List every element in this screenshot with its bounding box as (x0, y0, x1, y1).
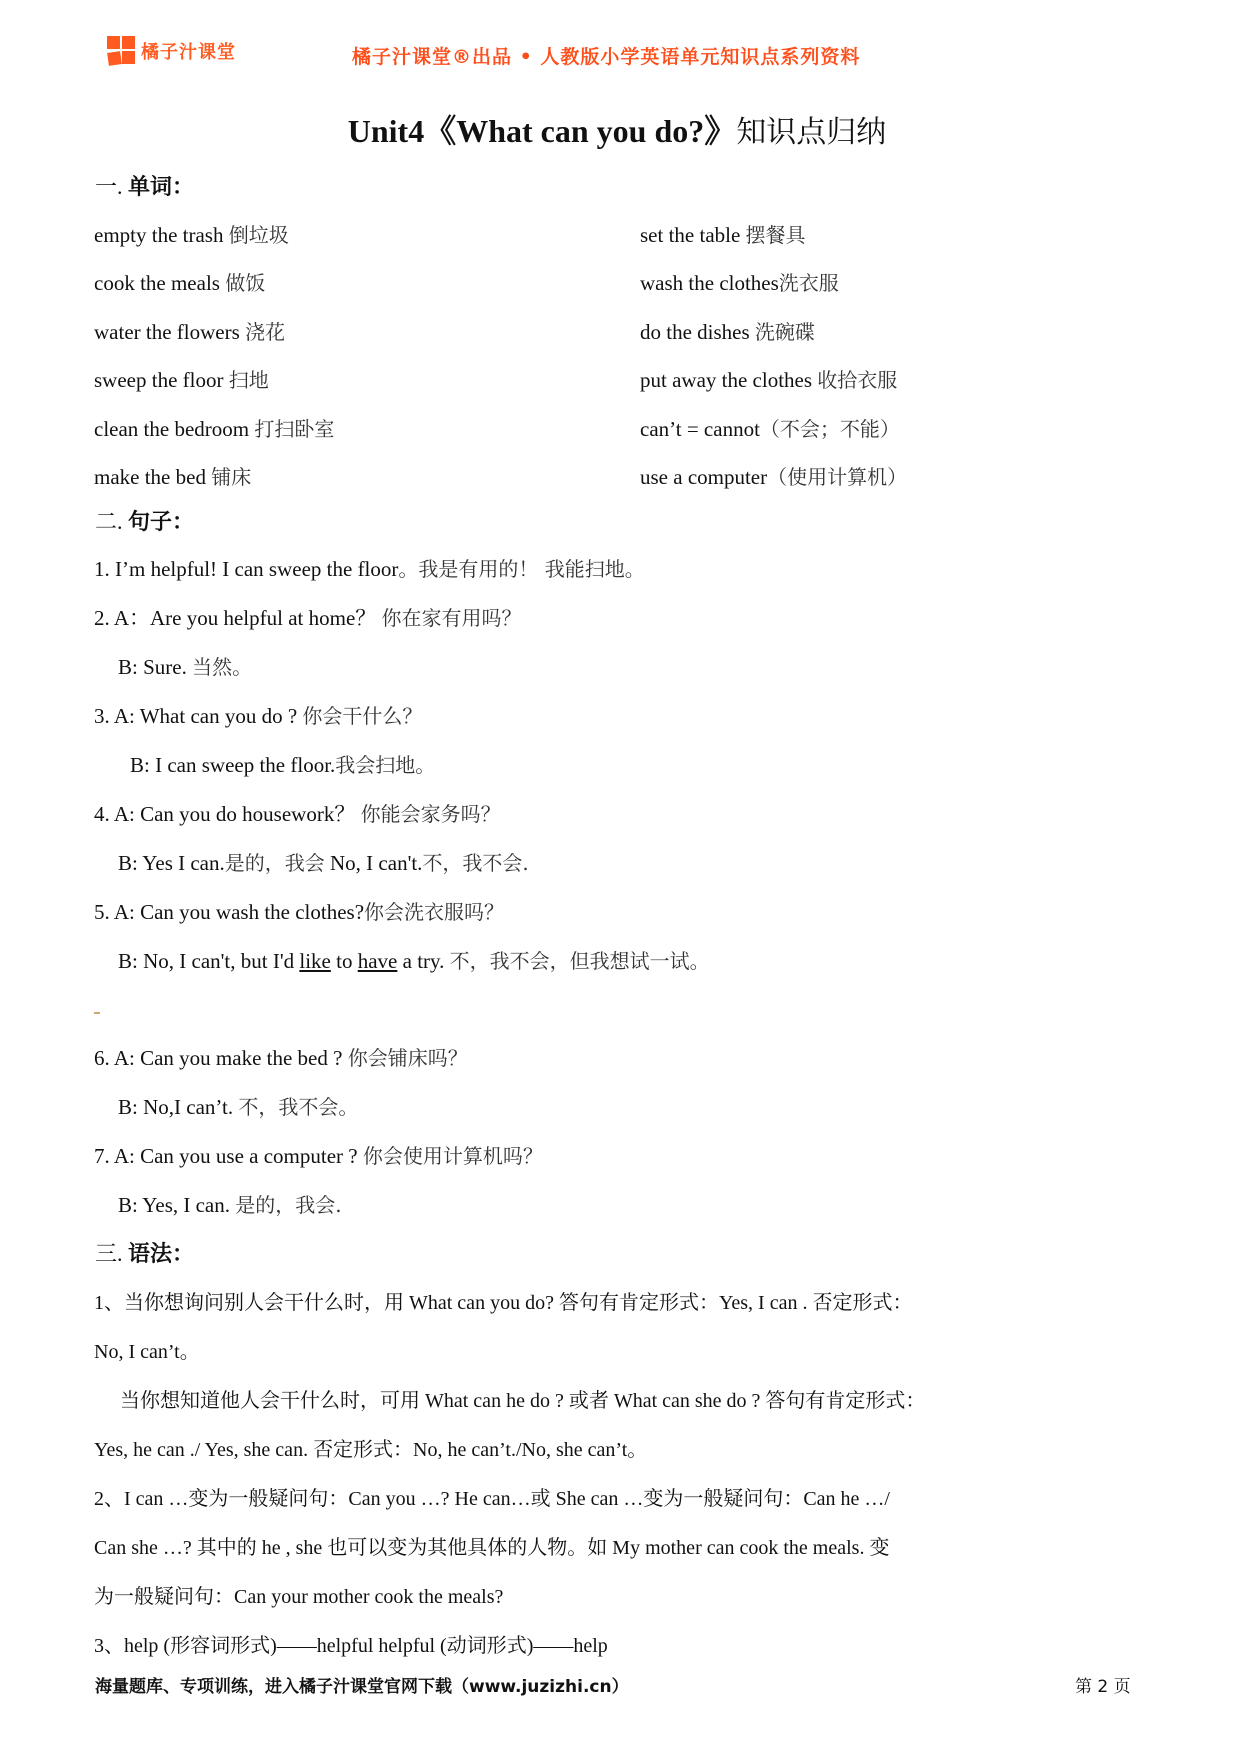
brand-logo: 橘子汁课堂 (107, 36, 236, 66)
vocab-item: do the dishes 洗碗碟 (640, 316, 815, 345)
grammar-line: 当你想知道他人会干什么时，可用 What can he do ? 或者 What… (120, 1384, 925, 1413)
logo-squares-icon (107, 36, 137, 66)
sentence-line: 1. I’m helpful! I can sweep the floor。我是… (94, 553, 645, 582)
vocab-item: cook the meals 做饭 (94, 267, 265, 296)
grammar-line: Can she …? 其中的 he , she 也可以变为其他具体的人物。如 M… (94, 1531, 889, 1560)
sentence-line: B: Yes, I can. 是的，我会. (118, 1189, 342, 1218)
vocab-item: make the bed 铺床 (94, 461, 251, 490)
sentence-line: B: I can sweep the floor.我会扫地。 (130, 749, 435, 778)
section-heading-grammar: 三. 语法： (95, 1237, 194, 1268)
grammar-line: 为一般疑问句：Can your mother cook the meals? (94, 1580, 503, 1609)
section-heading-sentences: 二. 句子： (95, 505, 194, 536)
sentence-line: 3. A: What can you do ? 你会干什么？ (94, 700, 422, 729)
grammar-line: 2、I can …变为一般疑问句：Can you …? He can…或 She… (94, 1482, 890, 1511)
sentence-line: 2. A：Are you helpful at home？ 你在家有用吗？ (94, 602, 522, 632)
grammar-line: 3、help (形容词形式)——helpful helpful (动词形式)——… (94, 1629, 608, 1658)
logo-text: 橘子汁课堂 (141, 38, 236, 64)
vocab-item: wash the clothes洗衣服 (640, 267, 839, 296)
vocab-item: sweep the floor 扫地 (94, 364, 269, 393)
footer-promo: 海量题库、专项训练，进入橘子汁课堂官网下载（www.juzizhi.cn） (95, 1672, 629, 1697)
vocab-item: water the flowers 浇花 (94, 316, 285, 345)
vocab-item: use a computer（使用计算机） (640, 461, 907, 490)
grammar-line: Yes, he can ./ Yes, she can. 否定形式：No, he… (94, 1433, 647, 1462)
section-heading-vocab: 一. 单词： (95, 170, 194, 201)
sentence-line: B: No, I can't, but I'd like to have a t… (118, 945, 710, 974)
title-cn: 知识点归纳 (736, 115, 886, 150)
header-slogan: 橘子汁课堂®出品 • 人教版小学英语单元知识点系列资料 (352, 42, 860, 69)
vocab-item: set the table 摆餐具 (640, 219, 806, 248)
sentence-line: 5. A: Can you wash the clothes?你会洗衣服吗？ (94, 896, 504, 925)
title-en: Unit4《What can you do?》 (348, 113, 737, 149)
sentence-line: 4. A: Can you do housework？ 你能会家务吗？ (94, 798, 501, 828)
vocab-item: clean the bedroom 打扫卧室 (94, 413, 334, 442)
sentence-line: 7. A: Can you use a computer ? 你会使用计算机吗？ (94, 1140, 543, 1169)
vocab-item: can’t = cannot（不会；不能） (640, 413, 900, 442)
sentence-line: B: Yes I can.是的，我会 No, I can't.不，我不会. (118, 847, 529, 876)
stray-mark (94, 1012, 100, 1014)
sentence-line: B: No,I can’t. 不，我不会。 (118, 1091, 358, 1120)
sentence-line: B: Sure. 当然。 (118, 651, 252, 680)
sentence-line: 6. A: Can you make the bed ? 你会铺床吗？ (94, 1042, 468, 1071)
grammar-line: No, I can’t。 (94, 1335, 200, 1364)
vocab-item: put away the clothes 收拾衣服 (640, 364, 897, 393)
grammar-line: 1、当你想询问别人会干什么时，用 What can you do? 答句有肯定形… (94, 1286, 912, 1315)
page-number: 第 2 页 (1075, 1672, 1131, 1697)
page-title: Unit4《What can you do?》知识点归纳 (0, 106, 1234, 152)
vocab-item: empty the trash 倒垃圾 (94, 219, 289, 248)
